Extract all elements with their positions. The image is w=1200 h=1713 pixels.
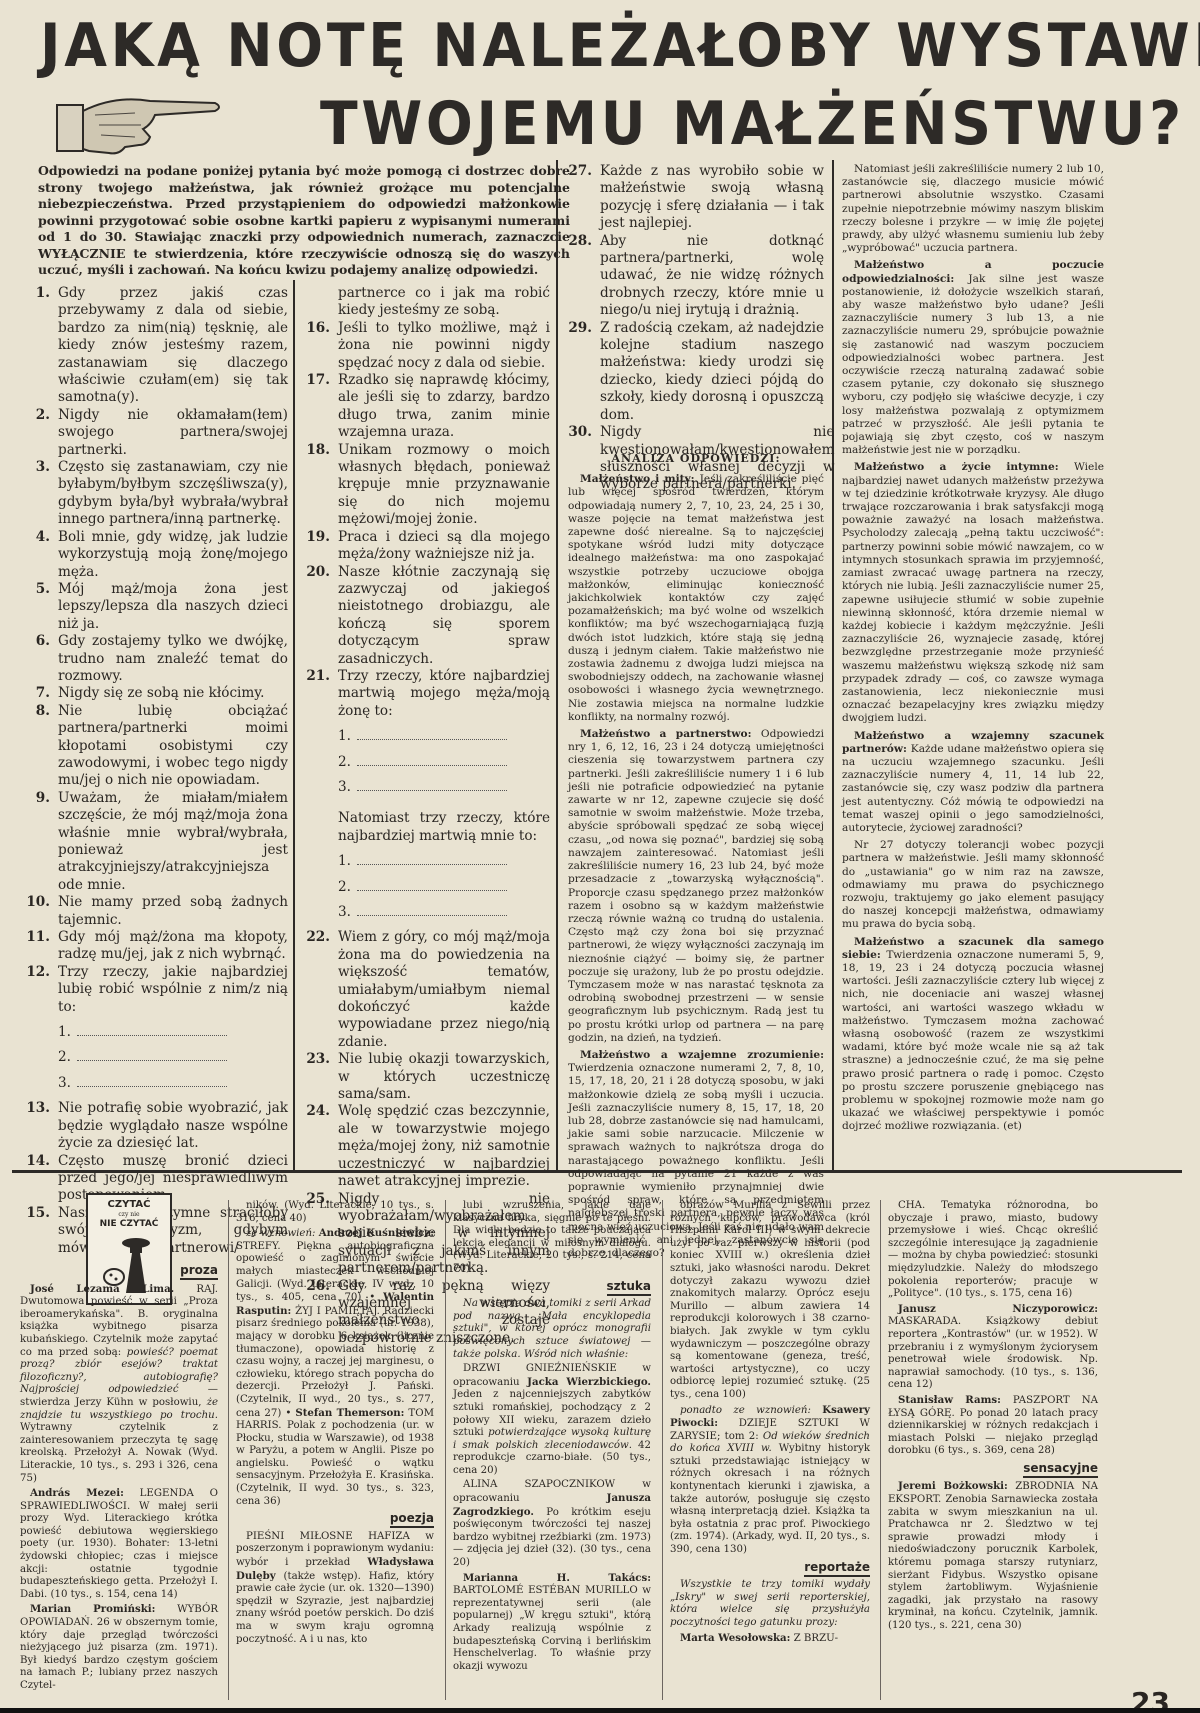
section-label-poezja: poezja: [236, 1512, 434, 1525]
question-number: 2.: [20, 407, 58, 459]
analysis-paragraph: Małżeństwo a poczucie odpowiedzialności:…: [842, 259, 1104, 457]
section-divider: [12, 1170, 1182, 1173]
question-text: Nasze kłótnie zaczynają się zazwyczaj od…: [338, 564, 550, 668]
question-text: Trzy rzeczy, jakie najbardziej lubię rob…: [58, 964, 288, 1016]
review-entry: DRZWI GNIEŹNIEŃSKIE w opracowaniu Jacka …: [453, 1363, 651, 1477]
question-text: Boli mnie, gdy widzę, jak ludzie wykorzy…: [58, 529, 288, 581]
review-entry: Janusz Niczyporowicz: MASKARADA. Książko…: [888, 1303, 1098, 1392]
column-divider: [880, 1200, 881, 1700]
review-entry: José Lezama Lima. RAJ. Dwutomowa powieść…: [20, 1283, 218, 1486]
review-entry: Marta Wesołowska: Z BRZU-: [670, 1632, 870, 1646]
analysis-paragraph: Małżeństwo i mity: Jeśli zakreśliliście …: [568, 473, 824, 724]
question-text: Nie mamy przed sobą żadnych tajemnic.: [58, 894, 288, 929]
quiz-question: 7.Nigdy się ze sobą nie kłócimy.: [20, 685, 288, 702]
question-number: 9.: [20, 790, 58, 894]
quiz-question: 13.Nie potrafię sobie wyobrazić, jak będ…: [20, 1100, 288, 1152]
quiz-question: 20.Nasze kłótnie zaczynają się zazwyczaj…: [300, 564, 550, 668]
quiz-question: 4.Boli mnie, gdy widzę, jak ludzie wykor…: [20, 529, 288, 581]
review-entry: Marian Promiński: WYBÓR OPOWIADAŃ. 26 w …: [20, 1603, 218, 1692]
quiz-question: Natomiast trzy rzeczy, które najbardziej…: [300, 810, 550, 845]
question-number: 14.: [20, 1153, 58, 1205]
question-text: Nie potrafię sobie wyobrazić, jak będzie…: [58, 1100, 288, 1152]
question-number: 23.: [300, 1051, 338, 1103]
question-number: 8.: [20, 703, 58, 790]
question-text: Mój mąż/moja żona jest lepszy/lepsza dla…: [58, 581, 288, 633]
analysis-paragraph: Nr 27 dotyczy tolerancji wobec pozycji p…: [842, 839, 1104, 931]
section-label-proza: proza: [20, 1264, 218, 1277]
review-entry: Jeremi Bożkowski: ZBRODNIA NA EKSPORT. Z…: [888, 1480, 1098, 1632]
review-entry: Stanisław Rams: PASZPORT NA ŁYSĄ GÓRĘ. P…: [888, 1394, 1098, 1458]
review-entry: Na wstępie dwa tomiki z serii Arkad pod …: [453, 1298, 651, 1361]
review-entry: obrazów Murilla z Sewilli przez różnych …: [670, 1200, 870, 1402]
review-entry: PIEŚNI MIŁOSNE HAFIZA w poszerzonym i po…: [236, 1531, 434, 1646]
question-text: Wolę spędzić czas bezczynnie, ale w towa…: [338, 1103, 550, 1190]
review-entry: ponadto ze wznowień: Ksawery Piwocki: DZ…: [670, 1404, 870, 1557]
question-number: 16.: [300, 320, 338, 372]
question-number: 17.: [300, 372, 338, 442]
quiz-question: 2.Nigdy nie okłamałam(łem) swojego partn…: [20, 407, 288, 459]
question-text: Nigdy nie okłamałam(łem) swojego partner…: [58, 407, 288, 459]
analysis-paragraph: Natomiast jeśli zakreśliliście numery 2 …: [842, 163, 1104, 255]
question-number: 12.: [20, 964, 58, 1016]
analysis-paragraph: Małżeństwo a wzajemny szacunek partnerów…: [842, 730, 1104, 836]
question-number: 24.: [300, 1103, 338, 1190]
headline-line-1: JAKĄ NOTĘ NALEŻAŁOBY WYSTAWIĆ: [40, 12, 1200, 80]
answer-blank-line[interactable]: 2.: [300, 754, 550, 771]
answer-blank-line[interactable]: 3.: [300, 779, 550, 796]
column-divider: [293, 280, 295, 1170]
question-text: Praca i dzieci są dla mojego męża/żony w…: [338, 529, 550, 564]
section-label-sztuka: sztuka: [453, 1280, 651, 1293]
answer-blank-line[interactable]: 3.: [20, 1075, 288, 1092]
question-number: 1.: [20, 285, 58, 407]
magazine-page: JAKĄ NOTĘ NALEŻAŁOBY WYSTAWIĆ TWOJEMU MA…: [0, 0, 1200, 1713]
answer-blank-line[interactable]: 2.: [300, 879, 550, 896]
question-text: Wiem z góry, co mój mąż/moja żona ma do …: [338, 929, 550, 1051]
question-text: Nie lubię okazji towarzyskich, w których…: [338, 1051, 550, 1103]
quiz-question: partnerce co i jak ma robić kiedy jesteś…: [300, 285, 550, 320]
column-divider: [832, 160, 834, 1170]
question-text: Gdy zostajemy tylko we dwójkę, trudno na…: [58, 633, 288, 685]
question-number: 13.: [20, 1100, 58, 1152]
questions-column-1: 1.Gdy przez jakiś czas przebywamy z dala…: [20, 285, 288, 1257]
quiz-question: 27.Każde z nas wyrobiło sobie w małżeńst…: [562, 163, 824, 233]
section-label-sensacyjne: sensacyjne: [888, 1462, 1098, 1475]
question-number: 21.: [300, 668, 338, 720]
quiz-question: 29.Z radością czekam, aż nadejdzie kolej…: [562, 320, 824, 424]
quiz-question: 8.Nie lubię obciążać partnera/partnerki …: [20, 703, 288, 790]
question-text: Unikam rozmowy o moich własnych błędach,…: [338, 442, 550, 529]
question-text: Z radością czekam, aż nadejdzie kolejne …: [600, 320, 824, 424]
quiz-question: 12.Trzy rzeczy, jakie najbardziej lubię …: [20, 964, 288, 1016]
question-number: 10.: [20, 894, 58, 929]
review-entry: lubi wzruszenia, jakie daje klasyczna li…: [453, 1200, 651, 1276]
quiz-question: 17.Rzadko się naprawdę kłócimy, ale jeśl…: [300, 372, 550, 442]
review-entry: ze wznowień: Andrzej Kuśniewicz: STREFY.…: [236, 1227, 434, 1508]
quiz-question: 9.Uważam, że miałam/miałem szczęście, że…: [20, 790, 288, 894]
column-divider: [556, 160, 558, 1170]
question-number: 29.: [562, 320, 600, 424]
analysis-column-1: ANALIZA ODPOWIEDZI: Małżeństwo i mity: J…: [568, 442, 824, 1264]
questions-column-2: partnerce co i jak ma robić kiedy jesteś…: [300, 285, 550, 1347]
question-number: 5.: [20, 581, 58, 633]
column-divider: [228, 1200, 229, 1700]
answer-blank-line[interactable]: 2.: [20, 1049, 288, 1066]
quiz-question: 3.Często się zastanawiam, czy nie byłaby…: [20, 459, 288, 529]
question-text: Każde z nas wyrobiło sobie w małżeństwie…: [600, 163, 824, 233]
question-number: 27.: [562, 163, 600, 233]
quiz-question: 5.Mój mąż/moja żona jest lepszy/lepsza d…: [20, 581, 288, 633]
question-text: Nigdy się ze sobą nie kłócimy.: [58, 685, 288, 702]
question-number: 3.: [20, 459, 58, 529]
quiz-question: 11.Gdy mój mąż/żona ma kłopoty, radzę mu…: [20, 929, 288, 964]
question-number: 22.: [300, 929, 338, 1051]
question-number: 4.: [20, 529, 58, 581]
question-number: 15.: [20, 1205, 58, 1257]
question-number: 19.: [300, 529, 338, 564]
reviews-column-3: lubi wzruszenia, jakie daje klasyczna li…: [453, 1200, 651, 1675]
review-entry: Marianna H. Takács: BARTOLOMÉ ESTÉBAN MU…: [453, 1572, 651, 1674]
review-entry: ALINA SZAPOCZNIKOW w opracowaniu Janusza…: [453, 1479, 651, 1569]
quiz-question: 22.Wiem z góry, co mój mąż/moja żona ma …: [300, 929, 550, 1051]
question-text: Nie lubię obciążać partnera/partnerki mo…: [58, 703, 288, 790]
column-divider: [445, 1200, 446, 1700]
quiz-question: 19.Praca i dzieci są dla mojego męża/żon…: [300, 529, 550, 564]
review-entry: András Mezei: LEGENDA O SPRAWIEDLIWOŚCI.…: [20, 1487, 218, 1601]
quiz-question: 6.Gdy zostajemy tylko we dwójkę, trudno …: [20, 633, 288, 685]
analysis-paragraph: Małżeństwo a szacunek dla samego siebie:…: [842, 936, 1104, 1134]
question-number: 20.: [300, 564, 338, 668]
pointing-hand-icon: [55, 85, 225, 165]
analysis-paragraph: Małżeństwo a partnerstwo: Odpowiedzi nry…: [568, 728, 824, 1045]
column-divider: [662, 1200, 663, 1700]
analysis-title: ANALIZA ODPOWIEDZI:: [568, 452, 824, 465]
reviews-column-5: CHA. Tematyka różnorodna, bo obyczaje i …: [888, 1200, 1098, 1635]
reviews-column-4: obrazów Murilla z Sewilli przez różnych …: [670, 1200, 870, 1647]
quiz-question: 18.Unikam rozmowy o moich własnych błęda…: [300, 442, 550, 529]
review-entry: CHA. Tematyka różnorodna, bo obyczaje i …: [888, 1200, 1098, 1301]
question-number: 6.: [20, 633, 58, 685]
reviews-column-1: proza José Lezama Lima. RAJ. Dwutomowa p…: [20, 1260, 218, 1695]
question-text: Rzadko się naprawdę kłócimy, ale jeśli s…: [338, 372, 550, 442]
answer-blank-line[interactable]: 1.: [20, 1024, 288, 1041]
answer-blank-line[interactable]: 1.: [300, 853, 550, 870]
question-text: Gdy mój mąż/żona ma kłopoty, radzę mu/je…: [58, 929, 288, 964]
question-number: 18.: [300, 442, 338, 529]
review-entry: Wszystkie te trzy tomiki wydały „Iskry" …: [670, 1579, 870, 1629]
reviews-column-2: ników. (Wyd. Literackie, 10 tys., s. 316…: [236, 1200, 434, 1648]
question-text: Trzy rzeczy, które najbardziej martwią m…: [338, 668, 550, 720]
intro-paragraph: Odpowiedzi na podane poniżej pytania być…: [38, 163, 570, 279]
answer-blank-line[interactable]: 1.: [300, 728, 550, 745]
quiz-question: 1.Gdy przez jakiś czas przebywamy z dala…: [20, 285, 288, 407]
question-text: Uważam, że miałam/miałem szczęście, że m…: [58, 790, 288, 894]
section-label-reportaze: reportaże: [670, 1561, 870, 1574]
bottom-border: [0, 1708, 1200, 1713]
question-text: Jeśli to tylko możliwe, mąż i żona nie p…: [338, 320, 550, 372]
quiz-question: 21.Trzy rzeczy, które najbardziej martwi…: [300, 668, 550, 720]
review-entry: ników. (Wyd. Literackie, 10 tys., s. 316…: [236, 1200, 434, 1225]
quiz-question: 23.Nie lubię okazji towarzyskich, w któr…: [300, 1051, 550, 1103]
question-text: Często się zastanawiam, czy nie byłabym/…: [58, 459, 288, 529]
quiz-question: 16.Jeśli to tylko możliwe, mąż i żona ni…: [300, 320, 550, 372]
question-text: Aby nie dotknąć partnera/partnerki, wolę…: [600, 233, 824, 320]
question-number: 28.: [562, 233, 600, 320]
analysis-column-2: Natomiast jeśli zakreśliliście numery 2 …: [842, 163, 1104, 1138]
question-number: 11.: [20, 929, 58, 964]
quiz-question: 28.Aby nie dotknąć partnera/partnerki, w…: [562, 233, 824, 320]
quiz-question: 24.Wolę spędzić czas bezczynnie, ale w t…: [300, 1103, 550, 1190]
question-text: Gdy przez jakiś czas przebywamy z dala o…: [58, 285, 288, 407]
headline-line-2: TWOJEMU MAŁŻEŃSTWU?: [320, 90, 1185, 158]
quiz-question: 10.Nie mamy przed sobą żadnych tajemnic.: [20, 894, 288, 929]
analysis-paragraph: Małżeństwo a życie intymne: Wiele najbar…: [842, 461, 1104, 725]
question-number: 7.: [20, 685, 58, 702]
answer-blank-line[interactable]: 3.: [300, 904, 550, 921]
